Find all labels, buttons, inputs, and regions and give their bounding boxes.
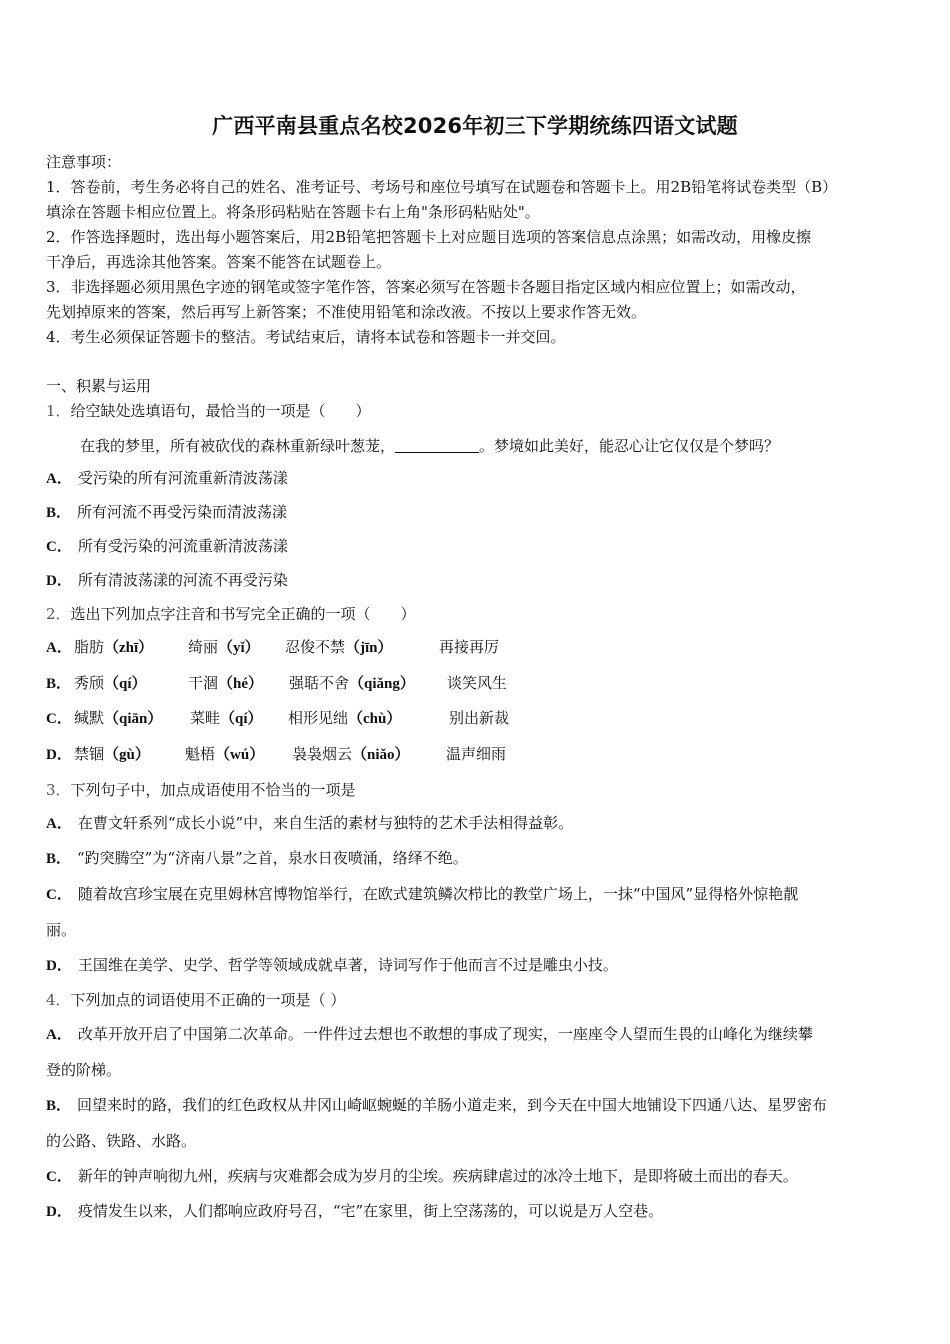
option-d: D． 禁锢（gù） 魁梧（wú） 袅袅烟云（niǎo） 温声细雨 bbox=[46, 744, 78, 765]
note-line: 4．考生必须保证答题卡的整洁。考试结束后，请将本试卷和答题卡一并交回。 bbox=[46, 327, 566, 347]
pinyin: （gù） bbox=[104, 747, 150, 763]
option-letter: A． bbox=[46, 471, 72, 487]
word: 魁梧 bbox=[185, 745, 215, 763]
notes-heading: 注意事项： bbox=[46, 152, 121, 172]
option-d: D．所有清波荡漾的河流不再受污染 bbox=[46, 570, 288, 591]
page-title: 广西平南县重点名校2026年初三下学期统练四语文试题 bbox=[0, 110, 950, 140]
question-text: 下列句子中，加点成语使用不恰当的一项是 bbox=[71, 781, 356, 799]
option-text: 新年的钟声响彻九州，疾病与灾难都会成为岁月的尘埃。疾病肆虐过的冰冷土地下，是即将… bbox=[78, 1167, 798, 1185]
passage-text: 。梦境如此美好，能忍心让它仅仅是个梦吗？ bbox=[479, 437, 779, 455]
word: 绮丽 bbox=[188, 638, 218, 656]
answer-blank bbox=[395, 438, 479, 453]
option-text: “趵突腾空”为“济南八景”之首，泉水日夜喷涌，络绎不绝。 bbox=[77, 849, 468, 867]
pinyin: （qí） bbox=[220, 711, 263, 727]
option-letter: C． bbox=[46, 539, 72, 555]
option-letter: A． bbox=[46, 816, 72, 832]
option-text: 所有河流不再受污染而清波荡漾 bbox=[77, 503, 287, 521]
word: 干涸 bbox=[188, 674, 218, 692]
option-text: 王国维在美学、史学、哲学等领域成就卓著，诗词写作于他而言不过是雕虫小技。 bbox=[78, 956, 618, 974]
question-text: 下列加点的词语使用不正确的一项是（ ） bbox=[71, 991, 346, 1009]
word: 禁锢 bbox=[74, 745, 104, 763]
note-line: 3．非选择题必须用黑色字迹的钢笔或签字笔作答，答案必须写在答题卡各题目指定区域内… bbox=[46, 277, 806, 297]
question-number: 4． bbox=[46, 991, 71, 1009]
option-b: B．“趵突腾空”为“济南八景”之首，泉水日夜喷涌，络绎不绝。 bbox=[46, 848, 468, 869]
option-letter: A． bbox=[46, 640, 72, 656]
pinyin: （yǐ） bbox=[218, 640, 260, 656]
option-c-continued: 丽。 bbox=[46, 920, 76, 940]
pinyin: （qiān） bbox=[104, 711, 162, 727]
option-b: B．回望来时的路，我们的红色政权从井冈山崎岖蜿蜒的羊肠小道走来，到今天在中国大地… bbox=[46, 1095, 827, 1116]
pinyin: （jīn） bbox=[345, 640, 393, 656]
option-d: D．王国维在美学、史学、哲学等领域成就卓著，诗词写作于他而言不过是雕虫小技。 bbox=[46, 955, 618, 976]
option-a: A． 脂肪（zhī） 绮丽（yǐ） 忍俊不禁（jīn） 再接再厉 bbox=[46, 637, 78, 658]
word: 再接再厉 bbox=[439, 638, 499, 656]
option-letter: B． bbox=[46, 676, 71, 692]
question-3-stem: 3．下列句子中，加点成语使用不恰当的一项是 bbox=[46, 780, 356, 800]
option-text: 随着故宫珍宝展在克里姆林宫博物馆举行，在欧式建筑鳞次栉比的教堂广场上，一抹“中国… bbox=[78, 885, 798, 903]
option-letter: B． bbox=[46, 851, 71, 867]
option-text: 回望来时的路，我们的红色政权从井冈山崎岖蜿蜒的羊肠小道走来，到今天在中国大地铺设… bbox=[77, 1096, 827, 1114]
option-text: 在曹文轩系列“成长小说”中，来自生活的素材与独特的艺术手法相得益彰。 bbox=[78, 814, 573, 832]
option-b-continued: 的公路、铁路、水路。 bbox=[46, 1131, 196, 1151]
option-letter: B． bbox=[46, 505, 71, 521]
word: 强聒不舍 bbox=[289, 674, 349, 692]
note-line: 先划掉原来的答案，然后再写上新答案；不准使用铅笔和涂改液。不按以上要求作答无效。 bbox=[46, 302, 646, 322]
word: 忍俊不禁 bbox=[285, 638, 345, 656]
option-text: 疫情发生以来，人们都响应政府号召，“宅”在家里，街上空荡荡的，可以说是万人空巷。 bbox=[78, 1202, 663, 1220]
option-a: A．受污染的所有河流重新清波荡漾 bbox=[46, 468, 288, 489]
question-number: 3． bbox=[46, 781, 71, 799]
option-d: D．疫情发生以来，人们都响应政府号召，“宅”在家里，街上空荡荡的，可以说是万人空… bbox=[46, 1201, 663, 1222]
option-letter: D． bbox=[46, 573, 72, 589]
note-line: 填涂在答题卡相应位置上。将条形码粘贴在答题卡右上角"条形码粘贴处"。 bbox=[46, 202, 540, 222]
option-letter: D． bbox=[46, 747, 72, 763]
option-letter: C． bbox=[46, 887, 72, 903]
word: 谈笑风生 bbox=[447, 674, 507, 692]
question-1-passage: 在我的梦里，所有被砍伐的森林重新绿叶葱茏，。梦境如此美好，能忍心让它仅仅是个梦吗… bbox=[80, 436, 779, 456]
option-a-continued: 登的阶梯。 bbox=[46, 1060, 121, 1080]
option-text: 改革开放开启了中国第二次革命。一件件过去想也不敢想的事成了现实，一座座令人望而生… bbox=[78, 1025, 813, 1043]
option-text: 受污染的所有河流重新清波荡漾 bbox=[78, 469, 288, 487]
option-c: C．随着故宫珍宝展在克里姆林宫博物馆举行，在欧式建筑鳞次栉比的教堂广场上，一抹“… bbox=[46, 884, 798, 905]
word: 秀颀 bbox=[74, 674, 104, 692]
option-letter: D． bbox=[46, 1204, 72, 1220]
question-4-stem: 4．下列加点的词语使用不正确的一项是（ ） bbox=[46, 990, 345, 1010]
option-b: B．所有河流不再受污染而清波荡漾 bbox=[46, 502, 287, 523]
word: 缄默 bbox=[74, 709, 104, 727]
option-c: C．新年的钟声响彻九州，疾病与灾难都会成为岁月的尘埃。疾病肆虐过的冰冷土地下，是… bbox=[46, 1166, 798, 1187]
question-number: 1． bbox=[46, 402, 71, 420]
question-text: 给空缺处选填语句，最恰当的一项是（ ） bbox=[71, 402, 371, 420]
word: 菜畦 bbox=[190, 709, 220, 727]
pinyin: （niǎo） bbox=[352, 747, 410, 763]
word: 别出新裁 bbox=[449, 709, 509, 727]
option-text: 所有清波荡漾的河流不再受污染 bbox=[78, 571, 288, 589]
note-line: 干净后，再选涂其他答案。答案不能答在试题卷上。 bbox=[46, 252, 391, 272]
option-text: 所有受污染的河流重新清波荡漾 bbox=[78, 537, 288, 555]
option-c: C．所有受污染的河流重新清波荡漾 bbox=[46, 536, 288, 557]
note-line: 2．作答选择题时，选出每小题答案后，用2B铅笔把答题卡上对应题目选项的答案信息点… bbox=[46, 227, 811, 247]
option-b: B． 秀颀（qí） 干涸（hé） 强聒不舍（qiǎng） 谈笑风生 bbox=[46, 673, 77, 694]
question-2-stem: 2．选出下列加点字注音和书写完全正确的一项（ ） bbox=[46, 604, 416, 624]
option-letter: C． bbox=[46, 711, 72, 727]
note-line: 1．答卷前，考生务必将自己的姓名、准考证号、考场号和座位号填写在试题卷和答题卡上… bbox=[46, 177, 837, 197]
word: 袅袅烟云 bbox=[292, 745, 352, 763]
option-letter: C． bbox=[46, 1169, 72, 1185]
question-1-stem: 1．给空缺处选填语句，最恰当的一项是（ ） bbox=[46, 401, 371, 421]
question-number: 2． bbox=[46, 605, 71, 623]
option-a: A．改革开放开启了中国第二次革命。一件件过去想也不敢想的事成了现实，一座座令人望… bbox=[46, 1024, 813, 1045]
question-text: 选出下列加点字注音和书写完全正确的一项（ ） bbox=[71, 605, 416, 623]
pinyin: （qiǎng） bbox=[349, 676, 415, 692]
option-letter: D． bbox=[46, 958, 72, 974]
option-a: A．在曹文轩系列“成长小说”中，来自生活的素材与独特的艺术手法相得益彰。 bbox=[46, 813, 573, 834]
option-letter: A． bbox=[46, 1027, 72, 1043]
pinyin: （wú） bbox=[215, 747, 264, 763]
pinyin: （chù） bbox=[348, 711, 401, 727]
option-c: C． 缄默（qiān） 菜畦（qí） 相形见绌（chù） 别出新裁 bbox=[46, 708, 78, 729]
word: 相形见绌 bbox=[288, 709, 348, 727]
section-heading: 一、积累与运用 bbox=[46, 376, 151, 396]
pinyin: （qí） bbox=[104, 676, 147, 692]
pinyin: （hé） bbox=[218, 676, 263, 692]
passage-text: 在我的梦里，所有被砍伐的森林重新绿叶葱茏， bbox=[80, 437, 395, 455]
word: 脂肪 bbox=[74, 638, 104, 656]
word: 温声细雨 bbox=[446, 745, 506, 763]
option-letter: B． bbox=[46, 1098, 71, 1114]
pinyin: （zhī） bbox=[104, 640, 153, 656]
